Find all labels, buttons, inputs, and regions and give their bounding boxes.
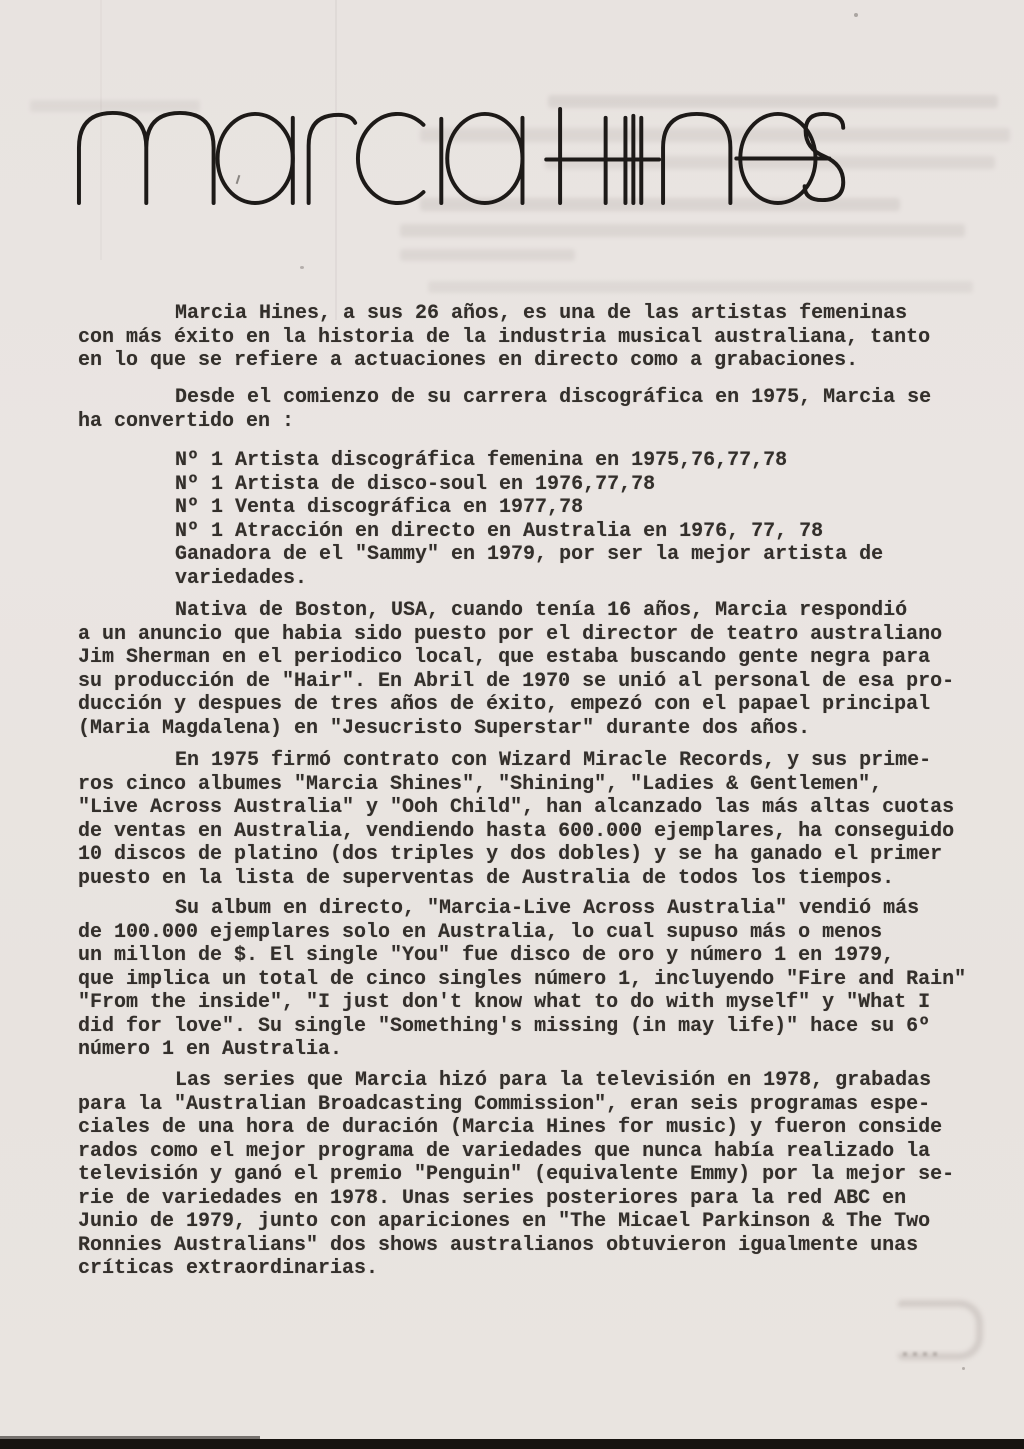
origin-paragraph: Nativa de Boston, USA, cuando tenía 16 a… xyxy=(78,599,954,740)
text-line: en lo que se refiere a actuaciones en di… xyxy=(78,349,930,373)
text-line: "Live Across Australia" y "Ooh Child", h… xyxy=(78,796,954,820)
achievements-list: Nº 1 Artista discográfica femenina en 19… xyxy=(175,449,883,590)
text-line: 10 discos de platino (dos triples y dos … xyxy=(78,843,954,867)
scanner-edge-strip xyxy=(0,1439,1024,1449)
text-line: Su album en directo, "Marcia-Live Across… xyxy=(78,897,966,921)
ink-speck xyxy=(300,266,304,269)
text-line: ducción y despues de tres años de éxito,… xyxy=(78,693,954,717)
text-line: críticas extraordinarias. xyxy=(78,1257,954,1281)
text-line: de 100.000 ejemplares solo en Australia,… xyxy=(78,921,966,945)
ink-speck xyxy=(962,1367,965,1370)
text-line: que implica un total de cinco singles nú… xyxy=(78,968,966,992)
text-line: Marcia Hines, a sus 26 años, es una de l… xyxy=(78,302,930,326)
text-line: "From the inside", "I just don't know wh… xyxy=(78,991,966,1015)
text-line: Nativa de Boston, USA, cuando tenía 16 a… xyxy=(78,599,954,623)
text-line: Ronnies Australians" dos shows australia… xyxy=(78,1234,954,1258)
achievement-line: Nº 1 Atracción en directo en Australia e… xyxy=(175,520,883,544)
achievement-line: Nº 1 Venta discográfica en 1977,78 xyxy=(175,496,883,520)
text-line: su producción de "Hair". En Abril de 197… xyxy=(78,670,954,694)
text-line: En 1975 firmó contrato con Wizard Miracl… xyxy=(78,749,954,773)
text-line: de ventas en Australia, vendiendo hasta … xyxy=(78,820,954,844)
text-line: puesto en la lista de superventas de Aus… xyxy=(78,867,954,891)
career-lead-in-paragraph: Desde el comienzo de su carrera discográ… xyxy=(78,386,931,433)
achievement-line: Ganadora de el "Sammy" en 1979, por ser … xyxy=(175,543,883,567)
logo-lettering-art xyxy=(75,106,867,205)
marcia-hines-logo: marcia hines xyxy=(75,106,867,205)
live-album-paragraph: Su album en directo, "Marcia-Live Across… xyxy=(78,897,966,1062)
paperclip-impression xyxy=(898,1300,983,1360)
text-line: ros cinco albumes "Marcia Shines", "Shin… xyxy=(78,773,954,797)
text-line: ciales de una hora de duración (Marcia H… xyxy=(78,1116,954,1140)
text-line: para la "Australian Broadcasting Commiss… xyxy=(78,1093,954,1117)
text-line: (Maria Magdalena) en "Jesucristo Superst… xyxy=(78,717,954,741)
paperclip-impression-marks xyxy=(903,1352,943,1356)
achievement-line: Nº 1 Artista de disco-soul en 1976,77,78 xyxy=(175,473,883,497)
ink-speck xyxy=(854,13,858,17)
achievement-line: Nº 1 Artista discográfica femenina en 19… xyxy=(175,449,883,473)
bleedthrough-text-ghost xyxy=(400,224,965,237)
text-line: número 1 en Australia. xyxy=(78,1038,966,1062)
text-line: rie de variedades en 1978. Unas series p… xyxy=(78,1187,954,1211)
text-line: Junio de 1979, junto con apariciones en … xyxy=(78,1210,954,1234)
bleedthrough-text-ghost xyxy=(428,281,973,293)
text-line: televisión y ganó el premio "Penguin" (e… xyxy=(78,1163,954,1187)
achievement-line: variedades. xyxy=(175,567,883,591)
bleedthrough-text-ghost xyxy=(400,249,575,261)
intro-paragraph: Marcia Hines, a sus 26 años, es una de l… xyxy=(78,302,930,373)
text-line: Jim Sherman en el periodico local, que e… xyxy=(78,646,954,670)
text-line: rados como el mejor programa de variedad… xyxy=(78,1140,954,1164)
records-paragraph: En 1975 firmó contrato con Wizard Miracl… xyxy=(78,749,954,890)
text-line: ha convertido en : xyxy=(78,410,931,434)
text-line: Desde el comienzo de su carrera discográ… xyxy=(78,386,931,410)
scanned-document-page: marcia hines xyxy=(0,0,1024,1449)
text-line: un millon de $. El single "You" fue disc… xyxy=(78,944,966,968)
text-line: did for love". Su single "Something's mi… xyxy=(78,1015,966,1039)
tv-series-paragraph: Las series que Marcia hizó para la telev… xyxy=(78,1069,954,1281)
text-line: con más éxito en la historia de la indus… xyxy=(78,326,930,350)
text-line: Las series que Marcia hizó para la telev… xyxy=(78,1069,954,1093)
text-line: a un anuncio que habia sido puesto por e… xyxy=(78,623,954,647)
